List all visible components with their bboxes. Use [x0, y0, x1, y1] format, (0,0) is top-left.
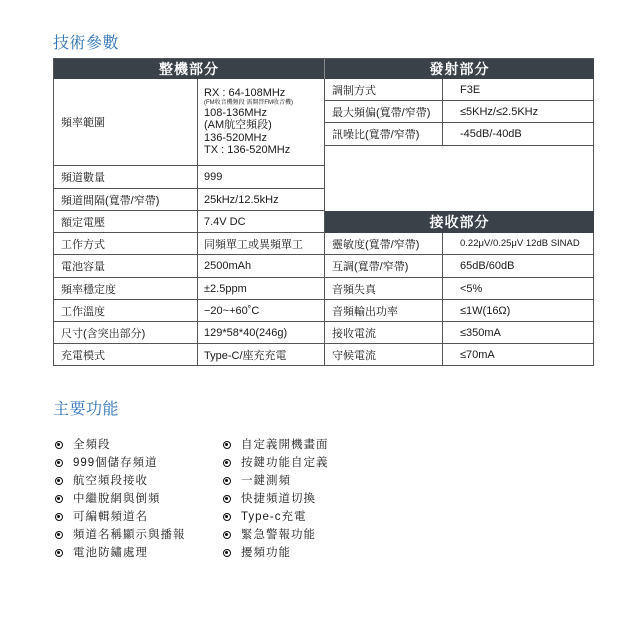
bullet-icon	[55, 477, 63, 485]
bullet-icon	[55, 549, 63, 557]
feature-label: 按鍵功能自定義	[241, 454, 329, 472]
receive-header: 接收部分	[325, 211, 594, 233]
bullet-icon	[55, 495, 63, 503]
feature-label: 電池防鏽處理	[73, 544, 148, 562]
freq-line: (AM航空頻段)	[204, 119, 272, 132]
freq-line: 108-136MHz	[204, 107, 267, 120]
general-value-5: 2500mAh	[198, 255, 325, 278]
receive-value-5: ≤70mA	[443, 344, 594, 366]
receive-label-2: 音頻失真	[325, 278, 443, 300]
general-label-1: 頻道數量	[54, 166, 198, 189]
feature-item: 電池防鏽處理	[55, 544, 186, 562]
bullet-icon	[55, 441, 63, 449]
general-label-0: 頻率範圍	[54, 79, 198, 166]
receive-label-3: 音頻輸出功率	[325, 300, 443, 322]
freq-line: TX : 136-520MHz	[204, 144, 290, 157]
general-label-6: 頻率穩定度	[54, 278, 198, 300]
feature-item: 航空頻段接收	[55, 472, 186, 490]
feature-label: 999個儲存頻道	[73, 454, 158, 472]
general-label-2: 頻道間隔(寬帶/窄帶)	[54, 189, 198, 211]
bullet-icon	[223, 549, 231, 557]
feature-item: 快捷頻道切換	[223, 490, 329, 508]
feature-label: 航空頻段接收	[73, 472, 148, 490]
bullet-icon	[55, 513, 63, 521]
transmit-label-0: 調制方式	[325, 79, 443, 101]
feature-item: 擾頻功能	[223, 544, 329, 562]
specs-section-title: 技術參數	[53, 30, 119, 53]
transmit-header: 發射部分	[325, 59, 594, 79]
bullet-icon	[223, 477, 231, 485]
general-label-8: 尺寸(含突出部分)	[54, 322, 198, 344]
general-label-4: 工作方式	[54, 233, 198, 255]
receive-value-0: 0.22μV/0.25μV 12dB SINAD	[443, 233, 594, 255]
general-label-5: 電池容量	[54, 255, 198, 278]
bullet-icon	[223, 495, 231, 503]
general-value-8: 129*58*40(246g)	[198, 322, 325, 344]
general-value-1: 999	[198, 166, 325, 189]
receive-value-1: 65dB/60dB	[443, 255, 594, 278]
bullet-icon	[223, 459, 231, 467]
feature-item: 自定義開機畫面	[223, 436, 329, 454]
feature-label: 擾頻功能	[241, 544, 291, 562]
features-section-title: 主要功能	[53, 396, 119, 419]
general-label-9: 充電模式	[54, 344, 198, 366]
transmit-label-1: 最大頻偏(寬帶/窄帶)	[325, 101, 443, 123]
feature-label: 自定義開機畫面	[241, 436, 329, 454]
receive-value-3: ≤1W(16Ω)	[443, 300, 594, 322]
general-label-3: 額定電壓	[54, 211, 198, 233]
general-value-9: Type-C/座充充電	[198, 344, 325, 366]
feature-item: 可編輯頻道名	[55, 508, 186, 526]
receive-label-5: 守候電流	[325, 344, 443, 366]
feature-label: 中繼脫網與倒頻	[73, 490, 161, 508]
general-value-6: ±2.5ppm	[198, 278, 325, 300]
freq-note: (FM收音機頻段 需開啓FM收音機)	[204, 100, 293, 107]
spec-table: 整機部分 發射部分 頻率範圍 RX : 64-108MHz (FM收音機頻段 需…	[53, 58, 594, 366]
feature-item: 999個儲存頻道	[55, 454, 186, 472]
feature-label: 頻道名稱顯示與播報	[73, 526, 186, 544]
receive-label-4: 接收電流	[325, 322, 443, 344]
bullet-icon	[223, 513, 231, 521]
frequency-range-value: RX : 64-108MHz (FM收音機頻段 需開啓FM收音機) 108-13…	[198, 79, 325, 166]
feature-item: 緊急警報功能	[223, 526, 329, 544]
transmit-value-1: ≤5KHz/≤2.5KHz	[443, 101, 594, 123]
general-label-7: 工作溫度	[54, 300, 198, 322]
bullet-icon	[223, 441, 231, 449]
feature-label: 快捷頻道切換	[241, 490, 316, 508]
receive-label-1: 互調(寬帶/窄帶)	[325, 255, 443, 278]
receive-label-0: 靈敏度(寬帶/窄帶)	[325, 233, 443, 255]
receive-value-4: ≤350mA	[443, 322, 594, 344]
transmit-value-2: -45dB/-40dB	[443, 123, 594, 146]
feature-item: 頻道名稱顯示與播報	[55, 526, 186, 544]
blank-cell	[325, 146, 594, 211]
feature-item: 一鍵測頻	[223, 472, 329, 490]
feature-label: Type-c充電	[241, 508, 307, 526]
feature-label: 可編輯頻道名	[73, 508, 148, 526]
features-list-right: 自定義開機畫面 按鍵功能自定義 一鍵測頻 快捷頻道切換 Type-c充電 緊急警…	[223, 436, 329, 562]
feature-label: 一鍵測頻	[241, 472, 291, 490]
receive-value-2: <5%	[443, 278, 594, 300]
general-value-2: 25kHz/12.5kHz	[198, 189, 325, 211]
transmit-value-0: F3E	[443, 79, 594, 101]
feature-item: 按鍵功能自定義	[223, 454, 329, 472]
general-header: 整機部分	[54, 59, 325, 79]
features-list-left: 全頻段 999個儲存頻道 航空頻段接收 中繼脫網與倒頻 可編輯頻道名 頻道名稱顯…	[55, 436, 186, 562]
freq-line: 136-520MHz	[204, 132, 267, 145]
freq-line: RX : 64-108MHz	[204, 87, 285, 100]
transmit-label-2: 訊噪比(寬帶/窄帶)	[325, 123, 443, 146]
feature-label: 全頻段	[73, 436, 111, 454]
bullet-icon	[55, 459, 63, 467]
feature-item: 中繼脫網與倒頻	[55, 490, 186, 508]
bullet-icon	[55, 531, 63, 539]
feature-item: Type-c充電	[223, 508, 329, 526]
feature-item: 全頻段	[55, 436, 186, 454]
general-value-3: 7.4V DC	[198, 211, 325, 233]
general-value-7: −20~+60˚C	[198, 300, 325, 322]
general-value-4: 同頻單工或異頻單工	[198, 233, 325, 255]
feature-label: 緊急警報功能	[241, 526, 316, 544]
bullet-icon	[223, 531, 231, 539]
